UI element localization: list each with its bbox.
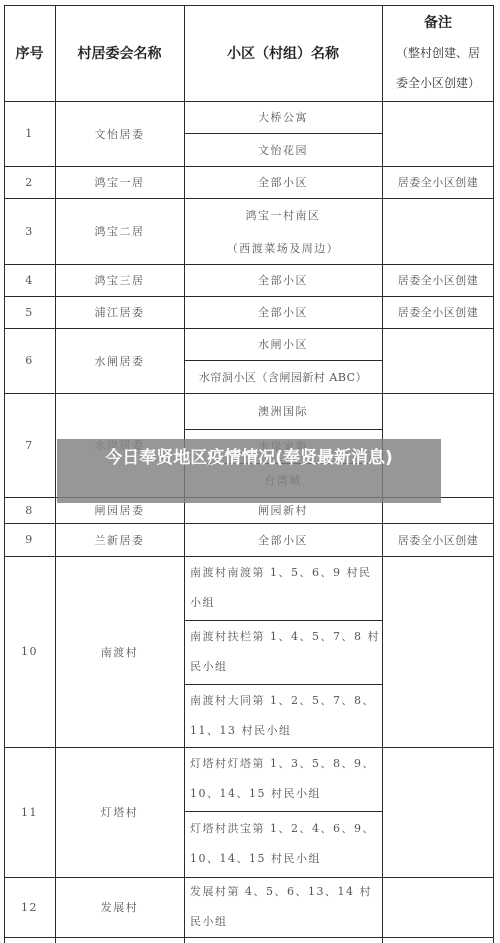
row-committee: 兰新居委 [55, 523, 184, 556]
row-index: 3 [4, 198, 55, 264]
row-community: 全部小区 [184, 523, 382, 556]
row-community: 南渡村南渡第 1、5、6、9 村民小组 [184, 556, 382, 620]
row-committee: 浦江居委 [55, 296, 184, 328]
row-committee: 鸿宝二居 [55, 198, 184, 264]
row-index: 7 [4, 393, 55, 497]
row-note: 居委全小区创建 [382, 264, 494, 296]
row-index: 11 [4, 747, 55, 877]
row-divider [4, 937, 494, 938]
header-community: 小区（村组）名称 [184, 5, 382, 101]
row-index: 6 [4, 328, 55, 393]
row-community: 水闸小区 [184, 328, 382, 360]
row-note: 居委全小区创建 [382, 296, 494, 328]
row-committee: 发展村 [55, 877, 184, 937]
row-committee: 文怡居委 [55, 101, 184, 166]
row-index: 5 [4, 296, 55, 328]
row-community: 大桥公寓 [184, 101, 382, 133]
row-community-line: （西渡菜场及周边） [184, 231, 382, 264]
row-community: 南渡村扶栏第 1、4、5、7、8 村民小组 [184, 620, 382, 684]
row-index: 2 [4, 166, 55, 198]
row-index: 4 [4, 264, 55, 296]
header-index: 序号 [4, 5, 55, 101]
row-committee: 灯塔村 [55, 747, 184, 877]
row-community: 发展村第 4、5、6、13、14 村民小组 [184, 877, 382, 937]
row-index: 10 [4, 556, 55, 747]
row-index: 1 [4, 101, 55, 166]
header-committee: 村居委会名称 [55, 5, 184, 101]
row-community: 澳洲国际 [184, 393, 382, 429]
row-committee: 鸿宝三居 [55, 264, 184, 296]
row-community: 全部小区 [184, 296, 382, 328]
header-note-title: 备注 [424, 8, 452, 38]
row-committee: 水闸居委 [55, 328, 184, 393]
row-community: 灯塔村灯塔第 1、3、5、8、9、10、14、15 村民小组 [184, 747, 382, 811]
header-note: 备注 （整村创建、居 委全小区创建） [382, 5, 494, 101]
article-title-overlay[interactable]: 今日奉贤地区疫情情况(奉贤最新消息) [57, 439, 441, 503]
row-community: 文怡花园 [184, 133, 382, 166]
table-border-right [493, 5, 494, 943]
row-community: 全部小区 [184, 264, 382, 296]
header-note-sub: （整村创建、居 [396, 38, 480, 68]
row-index: 8 [4, 497, 55, 523]
header-note-sub: 委全小区创建） [396, 68, 480, 98]
row-committee: 南渡村 [55, 556, 184, 747]
row-note: 居委全小区创建 [382, 523, 494, 556]
row-note: 居委全小区创建 [382, 166, 494, 198]
row-index: 12 [4, 877, 55, 937]
row-community: 南渡村大同第 1、2、5、7、8、11、13 村民小组 [184, 684, 382, 747]
row-community-line: 鸿宝一村南区 [184, 198, 382, 231]
row-committee: 鸿宝一居 [55, 166, 184, 198]
row-community: 水帘洞小区（含闸园新村 ABC） [184, 360, 382, 393]
row-index: 9 [4, 523, 55, 556]
row-community: 全部小区 [184, 166, 382, 198]
row-community: 灯塔村洪宝第 1、2、4、6、9、10、14、15 村民小组 [184, 811, 382, 877]
